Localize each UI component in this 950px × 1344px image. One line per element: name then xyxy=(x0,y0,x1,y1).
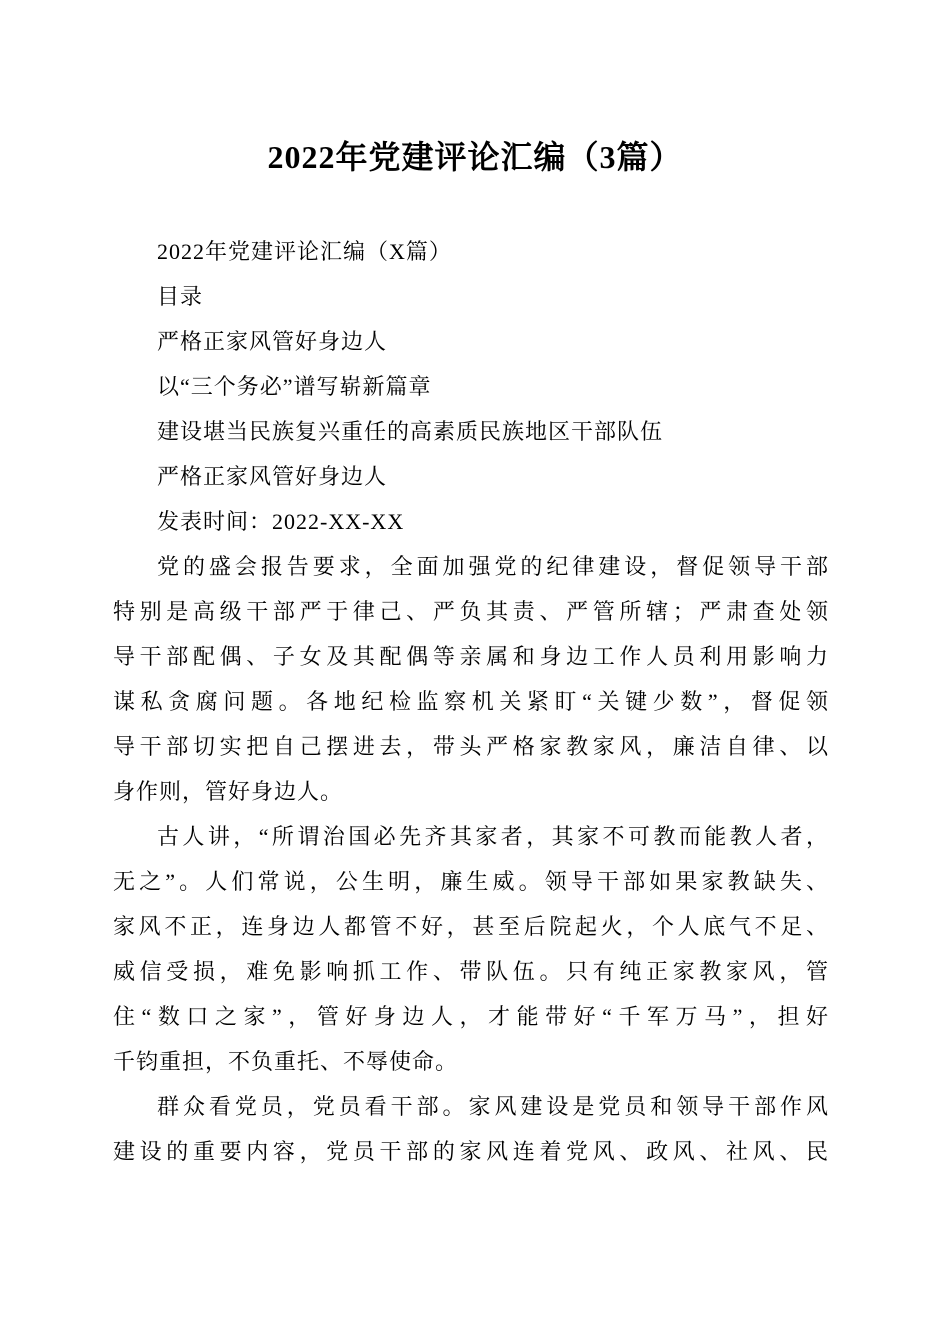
paragraph-2-line-2: 无之”。人们常说，公生明，廉生威。领导干部如果家教缺失、 xyxy=(113,859,829,904)
paragraph-1-line-2: 特别是高级干部严于律己、严负其责、严管所辖；严肃查处领 xyxy=(113,589,829,634)
toc-item-2: 以“三个务必”谱写崭新篇章 xyxy=(113,364,829,409)
document-title: 2022年党建评论汇编（3篇） xyxy=(0,126,950,188)
paragraph-2-line-3: 家风不正，连身边人都管不好，甚至后院起火，个人底气不足、 xyxy=(113,904,829,949)
paragraph-1-line-5: 导干部切实把自己摆进去，带头严格家教家风，廉洁自律、以 xyxy=(113,724,829,769)
paragraph-1-line-6: 身作则，管好身边人。 xyxy=(113,769,829,814)
subtitle-line: 2022年党建评论汇编（X篇） xyxy=(113,229,829,274)
paragraph-2-line-6: 千钧重担，不负重托、不辱使命。 xyxy=(113,1039,829,1084)
paragraph-1-line-3: 导干部配偶、子女及其配偶等亲属和身边工作人员利用影响力 xyxy=(113,634,829,679)
toc-heading: 目录 xyxy=(113,274,829,319)
toc-item-1: 严格正家风管好身边人 xyxy=(113,319,829,364)
section-heading: 严格正家风管好身边人 xyxy=(113,454,829,499)
publish-date-line: 发表时间：2022-XX-XX xyxy=(113,499,829,544)
toc-item-3: 建设堪当民族复兴重任的高素质民族地区干部队伍 xyxy=(113,409,829,454)
paragraph-1-line-1: 党的盛会报告要求，全面加强党的纪律建设，督促领导干部 xyxy=(113,544,829,589)
paragraph-2-line-1: 古人讲，“所谓治国必先齐其家者，其家不可教而能教人者， xyxy=(113,814,829,859)
document-body: 2022年党建评论汇编（X篇） 目录 严格正家风管好身边人 以“三个务必”谱写崭… xyxy=(113,229,829,1174)
paragraph-2-line-4: 威信受损，难免影响抓工作、带队伍。只有纯正家教家风，管 xyxy=(113,949,829,994)
document-page: 2022年党建评论汇编（3篇） 2022年党建评论汇编（X篇） 目录 严格正家风… xyxy=(0,0,950,1344)
paragraph-3-line-2: 建设的重要内容，党员干部的家风连着党风、政风、社风、民 xyxy=(113,1129,829,1174)
paragraph-2-line-5: 住“数口之家”，管好身边人，才能带好“千军万马”，担好 xyxy=(113,994,829,1039)
paragraph-3-line-1: 群众看党员，党员看干部。家风建设是党员和领导干部作风 xyxy=(113,1084,829,1129)
paragraph-1-line-4: 谋私贪腐问题。各地纪检监察机关紧盯“关键少数”，督促领 xyxy=(113,679,829,724)
